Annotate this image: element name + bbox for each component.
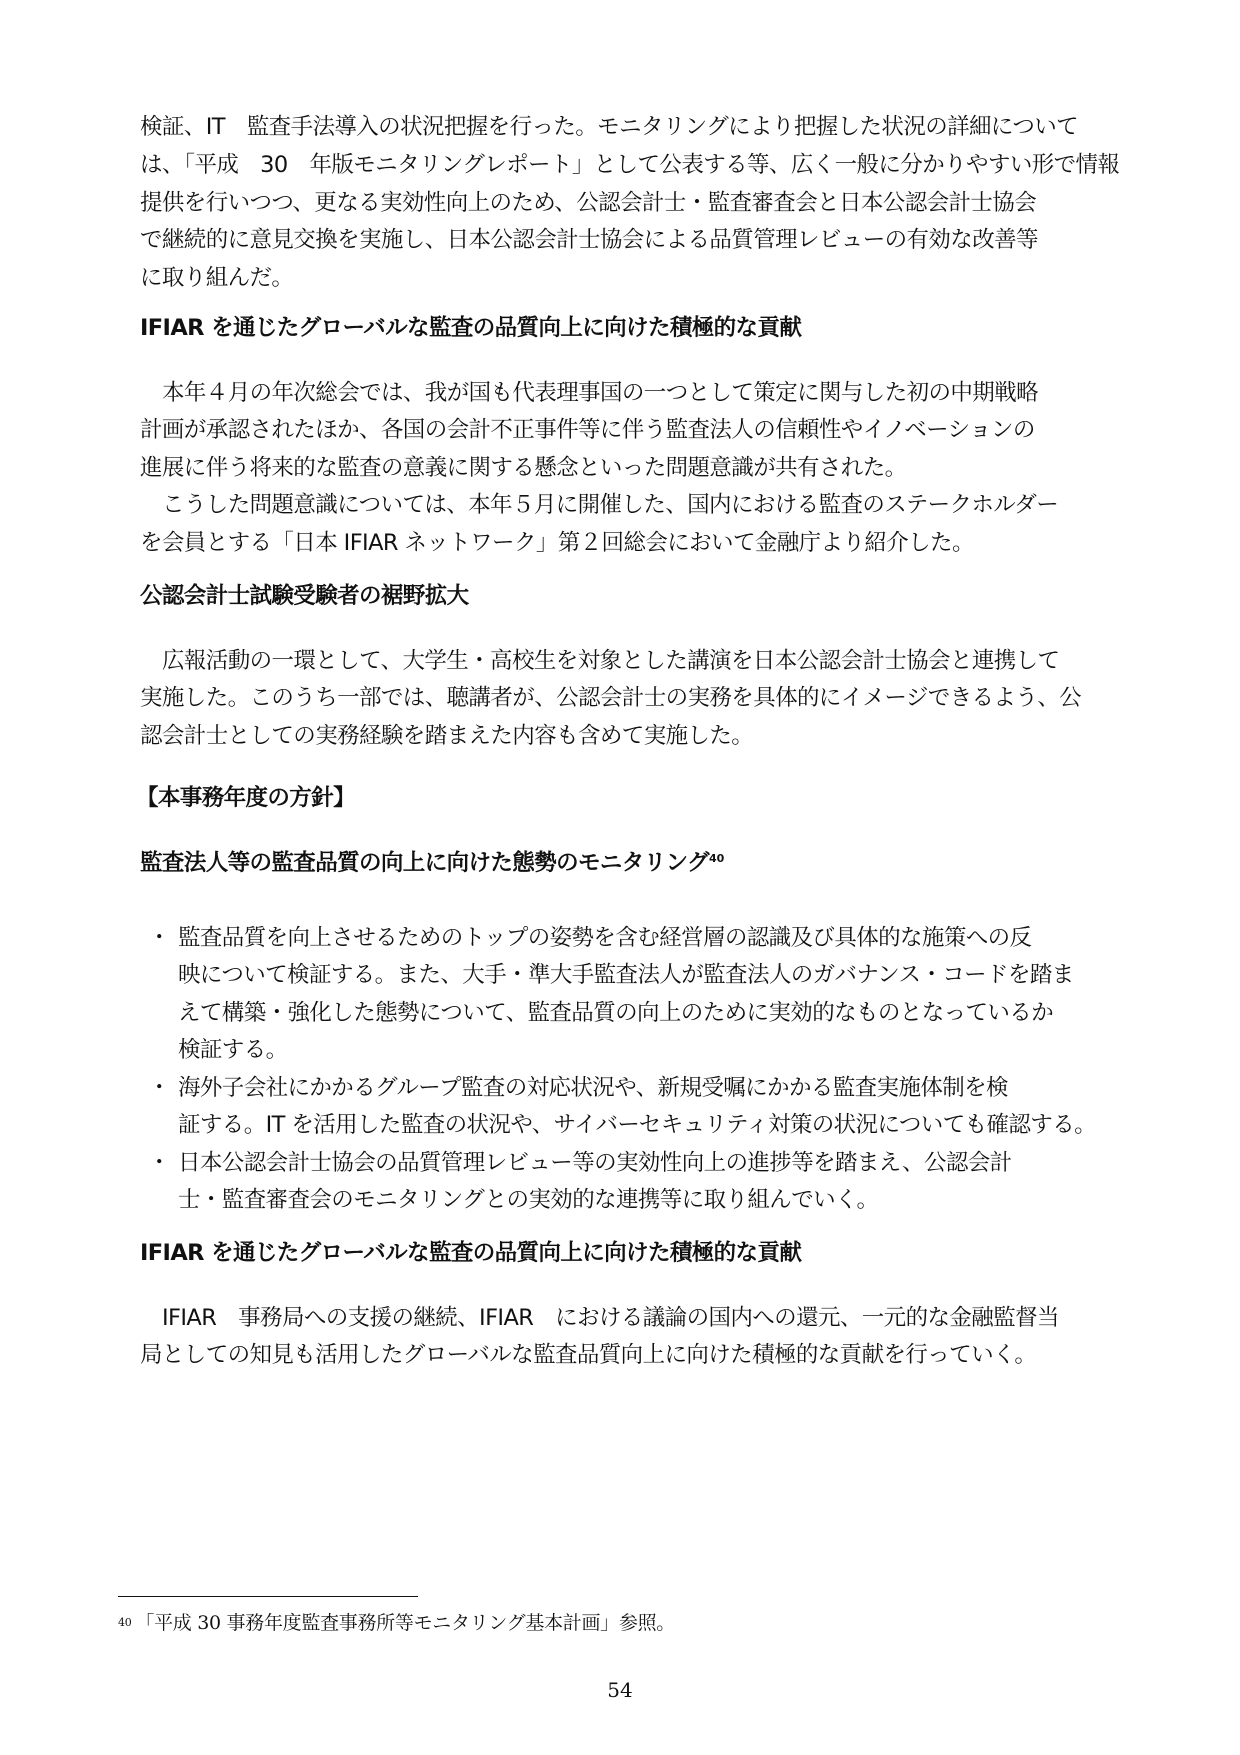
text-line: 監査品質を向上させるためのトップの姿勢を含む経営層の認識及び具体的な施策への反: [178, 923, 1031, 953]
text-line: 検証する。: [178, 1035, 288, 1065]
text-line: 広報活動の一環として、大学生・高校生を対象とした講演を日本公認会計士協会と連携し…: [162, 646, 1059, 676]
text-line: 検証、IT 監査手法導入の状況把握を行った。モニタリングにより把握した状況の詳細…: [140, 112, 1078, 142]
section-heading: IFIAR を通じたグローバルな監査の品質向上に向けた積極的な貢献: [140, 313, 801, 343]
text-line: 証する。IT を活用した監査の状況や、サイバーセキュリティ対策の状況についても確…: [178, 1110, 1096, 1140]
text-line: を会員とする「日本 IFIAR ネットワーク」第２回総会において金融庁より紹介し…: [140, 528, 974, 558]
section-heading: 公認会計士試験受験者の裾野拡大: [140, 581, 469, 611]
text-line: 計画が承認されたほか、各国の会計不正事件等に伴う監査法人の信頼性やイノベーション…: [140, 415, 1035, 445]
text-line: 日本公認会計士協会の品質管理レビュー等の実効性向上の進捗等を踏まえ、公認会計: [178, 1148, 1012, 1178]
section-heading-text: 監査法人等の監査品質の向上に向けた態勢のモニタリング: [140, 850, 709, 876]
text-line: 提供を行いつつ、更なる実効性向上のため、公認会計士・監査審査会と日本公認会計士協…: [140, 188, 1036, 218]
text-line: 映について検証する。また、大手・準大手監査法人が監査法人のガバナンス・コードを踏…: [178, 960, 1074, 990]
text-line: 局としての知見も活用したグローバルな監査品質向上に向けた積極的な貢献を行っていく…: [140, 1340, 1036, 1370]
text-line: で継続的に意見交換を実施し、日本公認会計士協会による品質管理レビューの有効な改善…: [140, 225, 1038, 255]
bullet-icon: ・: [148, 923, 171, 953]
text-line: は、「平成 30 年版モニタリングレポート」として公表する等、広く一般に分かりや…: [140, 150, 1119, 180]
footnote: 40「平成 30 事務年度監査事務所等モニタリング基本計画」参照。: [118, 1610, 675, 1636]
text-line: 海外子会社にかかるグループ監査の対応状況や、新規受嘱にかかる監査実施体制を検: [178, 1073, 1008, 1103]
footnote-divider: [118, 1596, 418, 1597]
page-number: 54: [0, 1678, 1240, 1702]
text-line: 認会計士としての実務経験を踏まえた内容も含めて実施した。: [140, 721, 753, 751]
text-line: に取り組んだ。: [140, 263, 293, 293]
text-line: 進展に伴う将来的な監査の意義に関する懸念といった問題意識が共有された。: [140, 453, 907, 483]
text-line: 実施した。このうち一部では、聴講者が、公認会計士の実務を具体的にイメージできるよ…: [140, 683, 1081, 713]
text-line: えて構築・強化した態勢について、監査品質の向上のために実効的なものとなっているか: [178, 998, 1053, 1028]
footnote-text: 「平成 30 事務年度監査事務所等モニタリング基本計画」参照。: [135, 1612, 675, 1634]
text-line: 本年４月の年次総会では、我が国も代表理事国の一つとして策定に関与した初の中期戦略: [162, 378, 1038, 408]
text-line: IFIAR 事務局への支援の継続、IFIAR における議論の国内への還元、一元的…: [162, 1303, 1059, 1333]
text-line: 士・監査審査会のモニタリングとの実効的な連携等に取り組んでいく。: [178, 1185, 878, 1215]
bullet-icon: ・: [148, 1073, 171, 1103]
text-line: こうした問題意識については、本年５月に開催した、国内における監査のステークホルダ…: [162, 490, 1058, 520]
footnote-reference[interactable]: 40: [709, 852, 724, 865]
footnote-number: 40: [118, 1616, 131, 1629]
section-heading: IFIAR を通じたグローバルな監査の品質向上に向けた積極的な貢献: [140, 1238, 801, 1268]
document-page: 検証、IT 監査手法導入の状況把握を行った。モニタリングにより把握した状況の詳細…: [0, 0, 1240, 1755]
policy-heading: 【本事務年度の方針】: [136, 783, 355, 813]
section-heading: 監査法人等の監査品質の向上に向けた態勢のモニタリング40: [140, 848, 724, 878]
bullet-icon: ・: [148, 1148, 171, 1178]
